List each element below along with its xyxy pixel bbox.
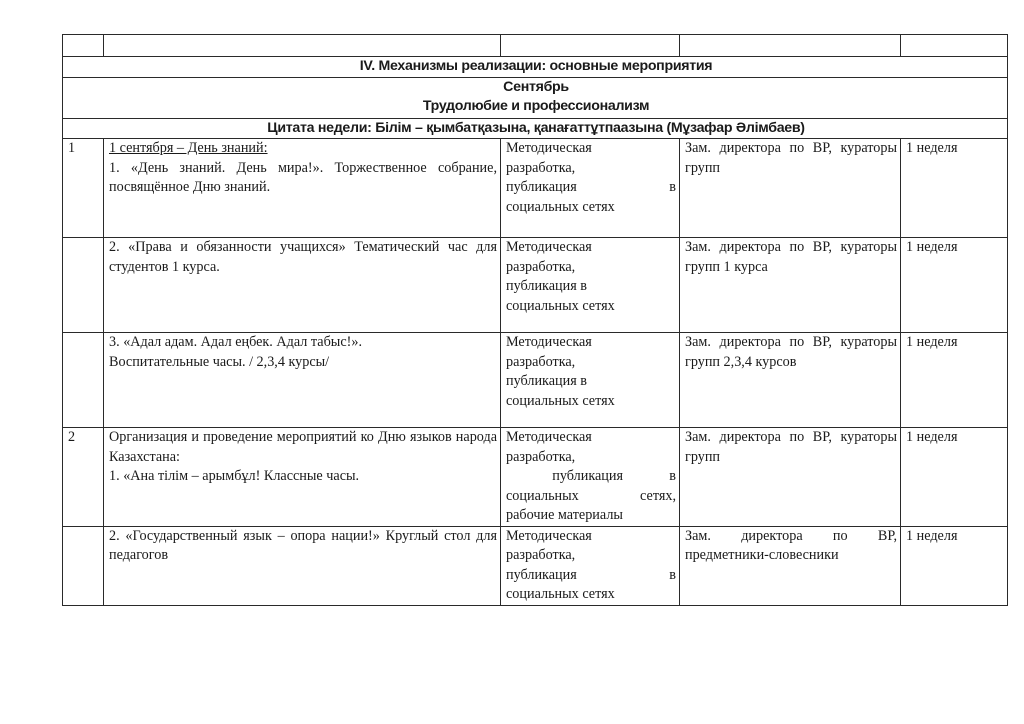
- form-line: Методическая: [506, 333, 676, 353]
- theme-title: Трудолюбие и профессионализм: [68, 97, 1004, 117]
- table-row: 3. «Адал адам. Адал еңбек. Адал табыс!».…: [63, 333, 1008, 428]
- event-text: Воспитательные часы. / 2,3,4 курсы/: [109, 353, 497, 373]
- event-cell: 3. «Адал адам. Адал еңбек. Адал табыс!».…: [104, 333, 501, 428]
- table-row: 2. «Государственный язык – опора нации!»…: [63, 526, 1008, 605]
- month-theme-cell: Сентябрь Трудолюбие и профессионализм: [63, 77, 1008, 118]
- form-line: Методическая: [506, 527, 676, 547]
- responsible-cell: Зам. директора по ВР, предметники-словес…: [680, 526, 901, 605]
- form-cell: Методическая разработка, публикация в со…: [501, 526, 680, 605]
- table-row: 2 Организация и проведение мероприятий к…: [63, 428, 1008, 527]
- row-number: [63, 333, 104, 428]
- event-text: 1. «Ана тілім – арымбұл! Классные часы.: [109, 467, 497, 487]
- form-line: социальных сетях: [506, 297, 676, 317]
- form-line: Методическая: [506, 139, 676, 159]
- section-title: IV. Механизмы реализации: основные мероп…: [63, 57, 1008, 78]
- event-cell: Организация и проведение мероприятий ко …: [104, 428, 501, 527]
- row-number: 1: [63, 139, 104, 238]
- empty-cell: [63, 35, 104, 57]
- form-line: публикация в: [506, 372, 676, 392]
- form-line: публикация в: [506, 178, 676, 198]
- form-line: разработка,: [506, 159, 676, 179]
- event-text: 2. «Права и обязанности учащихся» Темати…: [104, 238, 501, 333]
- empty-cell: [104, 35, 501, 57]
- row-number: [63, 526, 104, 605]
- empty-cell: [680, 35, 901, 57]
- form-cell: Методическая разработка, публикация в со…: [501, 139, 680, 238]
- term-cell: 1 неделя: [901, 139, 1008, 238]
- form-cell: Методическая разработка, публикация в со…: [501, 428, 680, 527]
- form-line: Методическая: [506, 428, 676, 448]
- responsible-cell: Зам. директора по ВР, кураторы групп: [680, 139, 901, 238]
- term-cell: 1 неделя: [901, 526, 1008, 605]
- event-heading: 1 сентября – День знаний:: [109, 139, 497, 159]
- form-line: Методическая: [506, 238, 676, 258]
- empty-cell: [501, 35, 680, 57]
- form-line: разработка,: [506, 258, 676, 278]
- form-line: публикация в: [506, 277, 676, 297]
- responsible-cell: Зам. директора по ВР, кураторы групп 1 к…: [680, 238, 901, 333]
- form-line: публикация в: [506, 467, 676, 487]
- event-text: 2. «Государственный язык – опора нации!»…: [104, 526, 501, 605]
- event-cell: 1 сентября – День знаний: 1. «День знани…: [104, 139, 501, 238]
- form-line: рабочие материалы: [506, 506, 676, 526]
- event-text: Организация и проведение мероприятий ко …: [109, 428, 497, 467]
- empty-cell: [901, 35, 1008, 57]
- form-line: разработка,: [506, 353, 676, 373]
- form-line: социальных сетях,: [506, 487, 676, 507]
- table-row: 2. «Права и обязанности учащихся» Темати…: [63, 238, 1008, 333]
- form-line: разработка,: [506, 546, 676, 566]
- term-cell: 1 неделя: [901, 333, 1008, 428]
- form-cell: Методическая разработка, публикация в со…: [501, 238, 680, 333]
- row-number: 2: [63, 428, 104, 527]
- form-cell: Методическая разработка, публикация в со…: [501, 333, 680, 428]
- empty-header-row: [63, 35, 1008, 57]
- form-line: разработка,: [506, 448, 676, 468]
- term-cell: 1 неделя: [901, 238, 1008, 333]
- responsible-cell: Зам. директора по ВР, кураторы групп: [680, 428, 901, 527]
- event-text: 3. «Адал адам. Адал еңбек. Адал табыс!».: [109, 333, 497, 353]
- form-line: социальных сетях: [506, 198, 676, 218]
- activities-table: IV. Механизмы реализации: основные мероп…: [62, 34, 1008, 606]
- responsible-cell: Зам. директора по ВР, кураторы групп 2,3…: [680, 333, 901, 428]
- month-title: Сентябрь: [68, 78, 1004, 98]
- event-text: 1. «День знаний. День мира!». Торжествен…: [109, 159, 497, 198]
- quote-of-week: Цитата недели: Білім – қымбатқазына, қан…: [63, 118, 1008, 139]
- form-line: социальных сетях: [506, 585, 676, 605]
- table-row: 1 1 сентября – День знаний: 1. «День зна…: [63, 139, 1008, 238]
- term-cell: 1 неделя: [901, 428, 1008, 527]
- form-line: публикация в: [506, 566, 676, 586]
- row-number: [63, 238, 104, 333]
- form-line: социальных сетях: [506, 392, 676, 412]
